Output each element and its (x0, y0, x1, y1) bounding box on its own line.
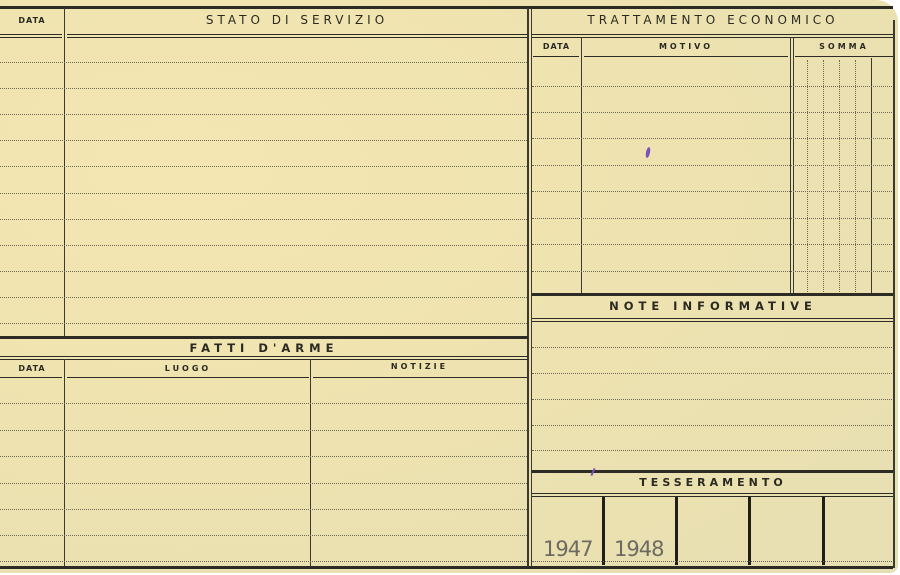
motivo-header: MOTIVO (583, 42, 789, 51)
service-record-card: DATA STATO DI SERVIZIO FATTI D'ARME DATA… (0, 0, 898, 573)
trattamento-data-header: DATA (532, 42, 581, 51)
baseline (532, 561, 894, 562)
writing-line[interactable] (0, 245, 527, 246)
stato-data-header: DATA (0, 16, 64, 25)
divider (795, 56, 893, 57)
divider (0, 359, 528, 360)
year-stamp-1947: 1947 (543, 537, 592, 561)
divider (0, 37, 62, 38)
divider (313, 377, 527, 378)
divider (532, 496, 894, 497)
writing-line[interactable] (532, 271, 894, 272)
writing-line[interactable] (0, 430, 527, 431)
divider (532, 37, 894, 38)
writing-line[interactable] (0, 561, 527, 562)
writing-line[interactable] (532, 425, 894, 426)
writing-line[interactable] (0, 62, 527, 63)
divider (532, 34, 894, 35)
divider (532, 493, 894, 494)
year-box-divider (748, 497, 751, 565)
writing-line[interactable] (0, 483, 527, 484)
somma-digit-guide (823, 60, 824, 292)
writing-line[interactable] (0, 166, 527, 167)
writing-line[interactable] (0, 403, 527, 404)
writing-line[interactable] (0, 297, 527, 298)
section-border (532, 293, 894, 296)
divider (584, 56, 788, 57)
column-divider (64, 8, 65, 336)
note-informative-title: NOTE INFORMATIVE (532, 299, 894, 313)
writing-line[interactable] (532, 165, 894, 166)
fatti-data-header: DATA (0, 364, 64, 373)
writing-line[interactable] (0, 193, 527, 194)
stato-di-servizio-title: STATO DI SERVIZIO (66, 13, 528, 27)
section-border (532, 470, 894, 473)
bottom-border (0, 566, 893, 569)
writing-line[interactable] (532, 347, 894, 348)
top-border (0, 6, 893, 9)
divider (0, 377, 62, 378)
writing-line[interactable] (0, 271, 527, 272)
trattamento-economico-title: TRATTAMENTO ECONOMICO (532, 13, 894, 27)
writing-line[interactable] (0, 114, 527, 115)
writing-line[interactable] (532, 450, 894, 451)
writing-line[interactable] (0, 140, 527, 141)
divider (532, 321, 894, 322)
somma-decimal-divider (871, 58, 872, 293)
somma-digit-guide (807, 60, 808, 292)
section-border (0, 336, 528, 339)
writing-line[interactable] (0, 456, 527, 457)
writing-line[interactable] (532, 112, 894, 113)
notizie-header: NOTIZIE (312, 362, 527, 371)
year-box-divider (602, 497, 605, 565)
divider (67, 34, 528, 35)
year-box-divider (675, 497, 678, 565)
writing-line[interactable] (532, 86, 894, 87)
center-divider (527, 8, 529, 568)
ink-mark (645, 147, 651, 159)
divider (533, 56, 579, 57)
writing-line[interactable] (0, 509, 527, 510)
divider (0, 34, 62, 35)
luogo-header: LUOGO (66, 364, 310, 373)
divider (0, 356, 528, 357)
somma-digit-guide (839, 60, 840, 292)
writing-line[interactable] (532, 399, 894, 400)
tesseramento-title: TESSERAMENTO (532, 476, 894, 489)
somma-header: SOMMA (794, 42, 894, 51)
writing-line[interactable] (532, 138, 894, 139)
writing-line[interactable] (0, 88, 527, 89)
writing-line[interactable] (532, 244, 894, 245)
writing-line[interactable] (532, 373, 894, 374)
fatti-d-arme-title: FATTI D'ARME (0, 341, 528, 355)
writing-line[interactable] (0, 323, 527, 324)
writing-line[interactable] (0, 219, 527, 220)
divider (67, 37, 528, 38)
writing-line[interactable] (532, 191, 894, 192)
somma-digit-guide (855, 60, 856, 292)
year-stamp-1948: 1948 (614, 537, 663, 561)
divider (532, 318, 894, 319)
year-box-divider (822, 497, 825, 565)
writing-line[interactable] (0, 535, 527, 536)
right-border (893, 20, 895, 568)
divider (67, 377, 309, 378)
writing-line[interactable] (532, 218, 894, 219)
